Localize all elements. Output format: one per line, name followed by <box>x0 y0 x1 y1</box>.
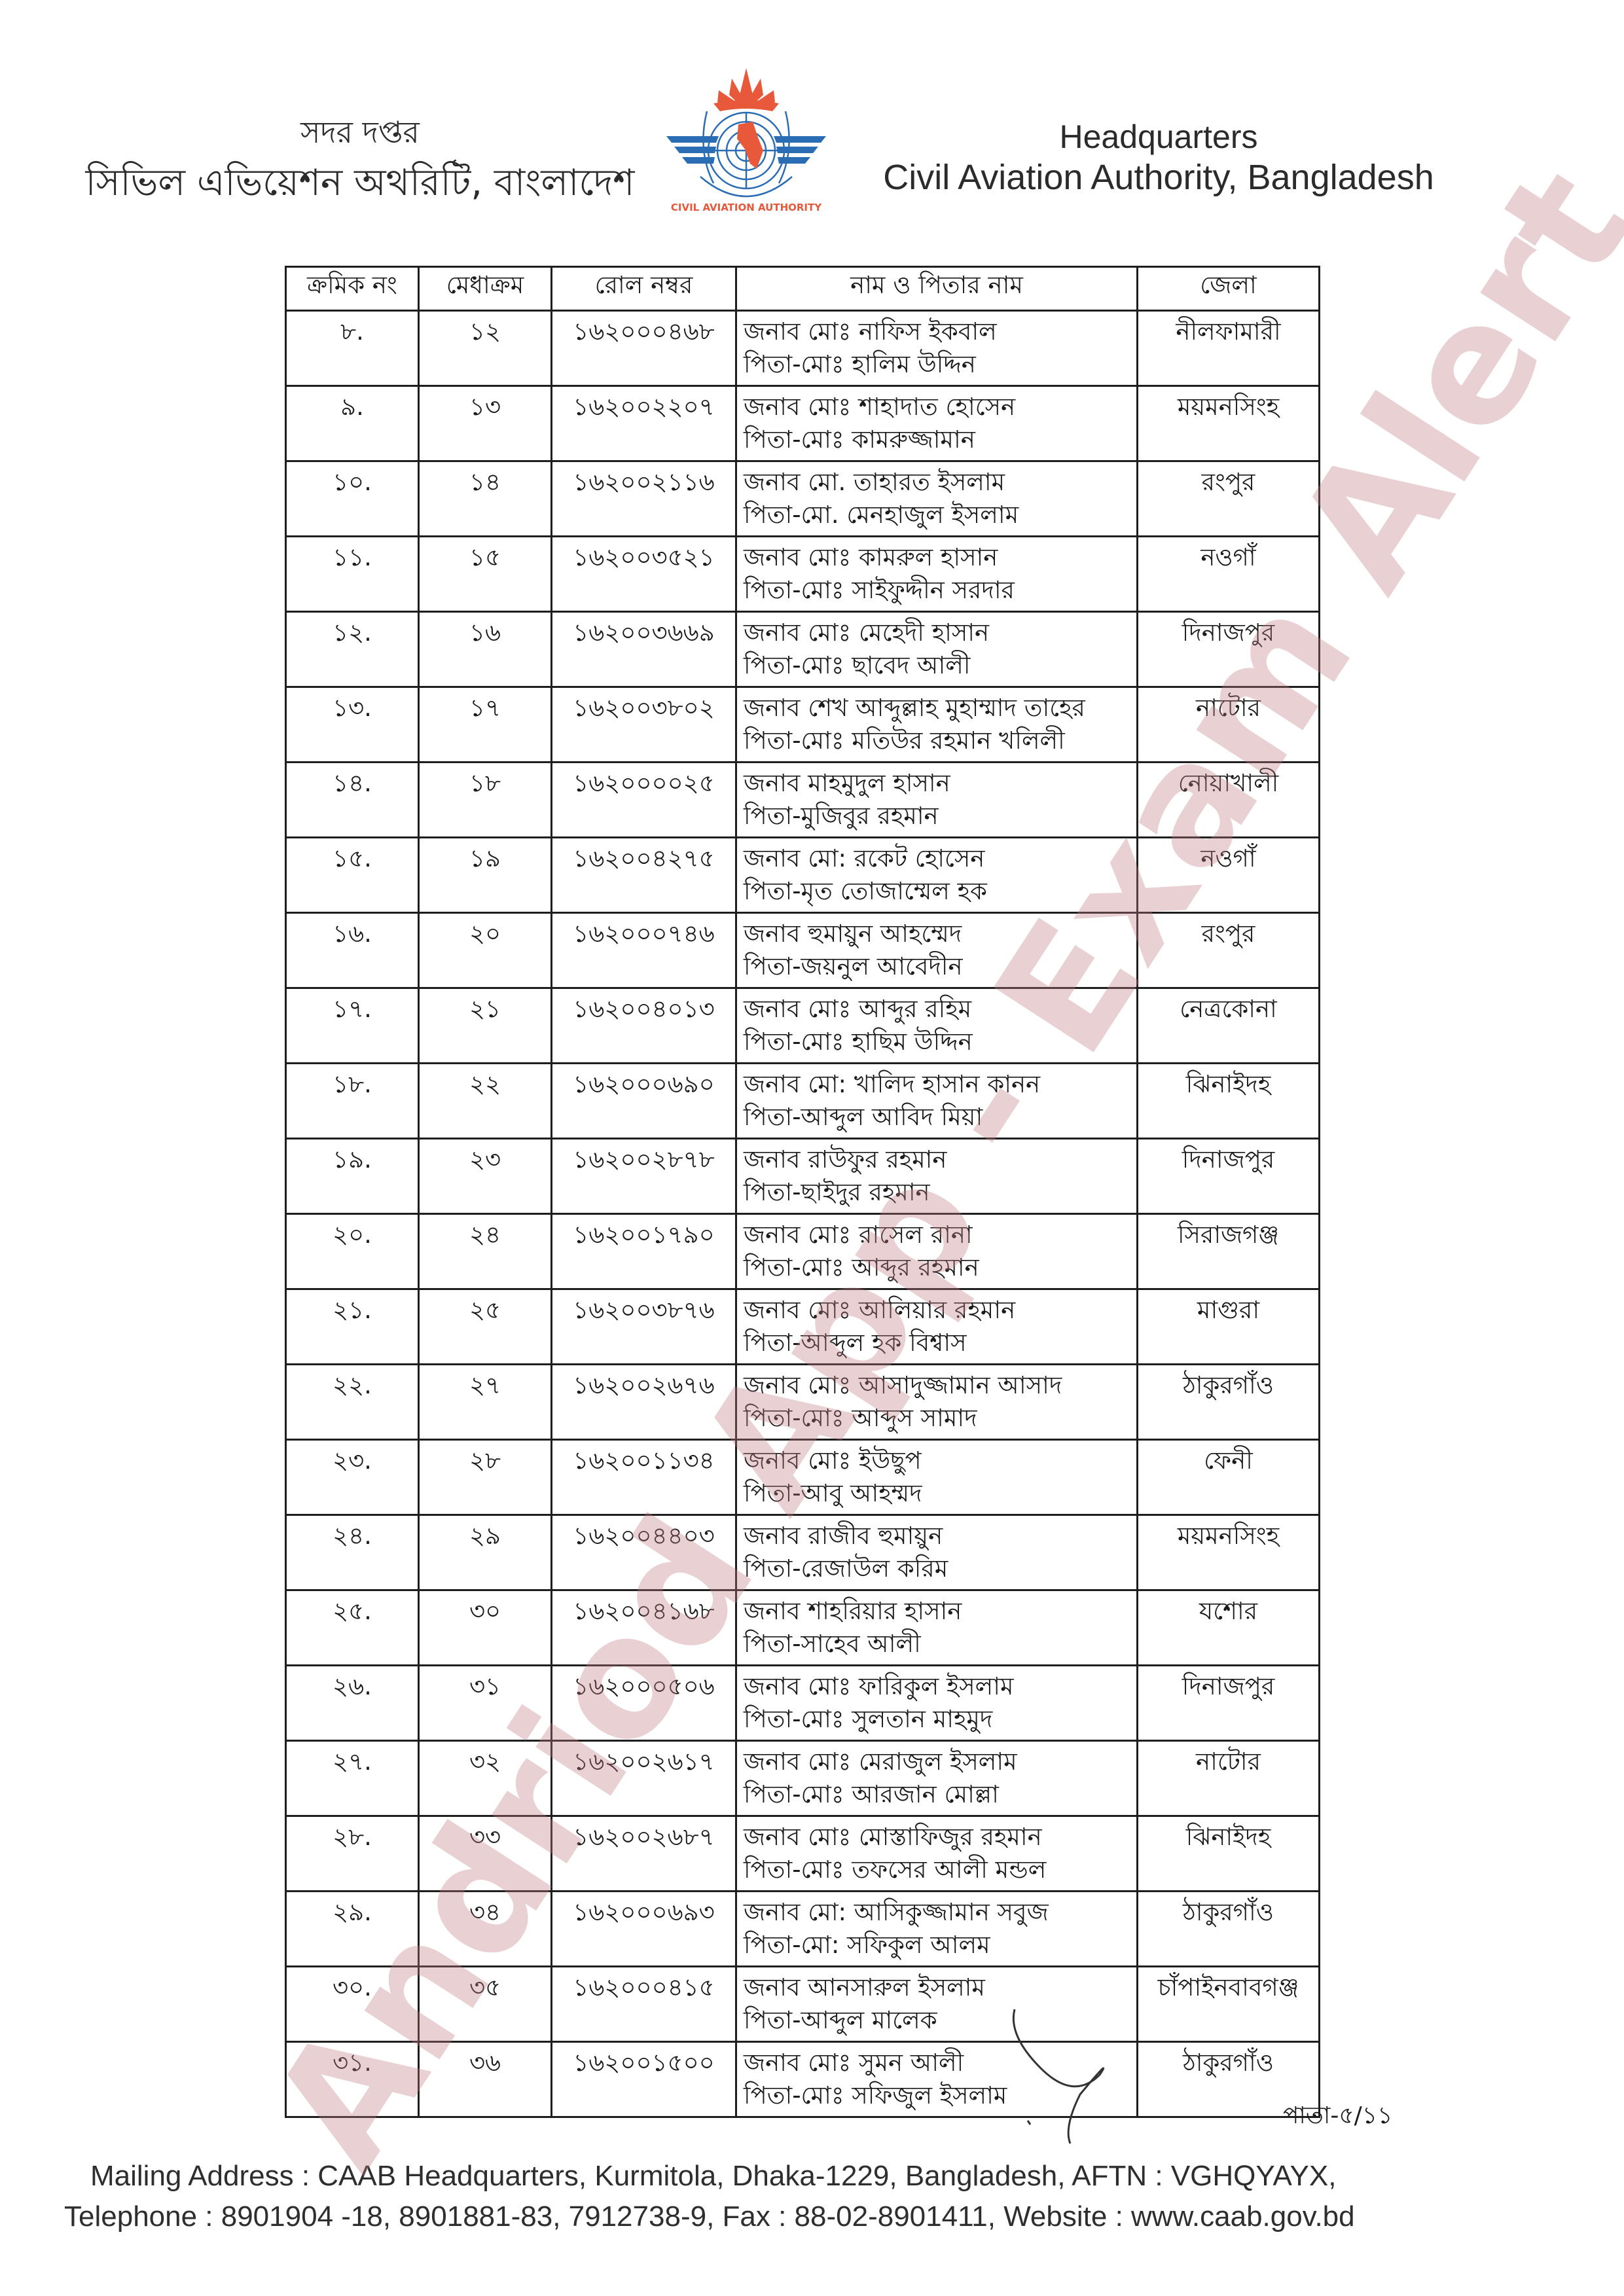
candidate-name: জনাব মোঃ মোস্তাফিজুর রহমান <box>744 1821 1130 1854</box>
roll-cell: ১৬২০০০৭৪৬ <box>552 913 736 988</box>
table-row: ২১.২৫১৬২০০৩৮৭৬জনাব মোঃ আলিয়ার রহমানপিতা… <box>286 1289 1320 1365</box>
roll-cell: ১৬২০০৪১৬৮ <box>552 1590 736 1666</box>
father-name: পিতা-আব্দুল আবিদ মিয়া <box>744 1101 1130 1134</box>
merit-cell: ১৬ <box>419 612 552 687</box>
district-cell: নওগাঁ <box>1138 838 1320 913</box>
serial-cell: ২৬. <box>286 1666 419 1741</box>
table-row: ৩০.৩৫১৬২০০০৪১৫জনাব আনসারুল ইসলামপিতা-আব্… <box>286 1967 1320 2042</box>
table-row: ১৮.২২১৬২০০০৬৯০জনাব মো: খালিদ হাসান কাননপ… <box>286 1064 1320 1139</box>
merit-cell: ৩৩ <box>419 1816 552 1892</box>
roll-cell: ১৬২০০১৫০০ <box>552 2042 736 2117</box>
district-cell: রংপুর <box>1138 913 1320 988</box>
merit-cell: ৩৫ <box>419 1967 552 2042</box>
district-cell: রংপুর <box>1138 461 1320 537</box>
roll-cell: ১৬২০০৪০১৩ <box>552 988 736 1064</box>
serial-cell: ২০. <box>286 1214 419 1289</box>
serial-cell: ২৩. <box>286 1440 419 1515</box>
merit-cell: ২২ <box>419 1064 552 1139</box>
name-cell: জনাব মো. তাহারত ইসলামপিতা-মো. মেনহাজুল ই… <box>736 461 1138 537</box>
column-header-merit: মেধাক্রম <box>419 267 552 311</box>
merit-cell: ২১ <box>419 988 552 1064</box>
merit-list-table: ক্রমিক নং মেধাক্রম রোল নম্বর নাম ও পিতার… <box>285 266 1320 2118</box>
roll-cell: ১৬২০০৩৫২১ <box>552 537 736 612</box>
svg-text:CIVIL AVIATION AUTHORITY: CIVIL AVIATION AUTHORITY <box>671 202 822 213</box>
name-cell: জনাব মো: খালিদ হাসান কাননপিতা-আব্দুল আবি… <box>736 1064 1138 1139</box>
table-row: ২০.২৪১৬২০০১৭৯০জনাব মোঃ রাসেল রানাপিতা-মো… <box>286 1214 1320 1289</box>
district-cell: নাটোর <box>1138 687 1320 762</box>
name-cell: জনাব মোঃ মোস্তাফিজুর রহমানপিতা-মোঃ তফসের… <box>736 1816 1138 1892</box>
table-row: ২৬.৩১১৬২০০০৫০৬জনাব মোঃ ফারিকুল ইসলামপিতা… <box>286 1666 1320 1741</box>
merit-cell: ২৭ <box>419 1365 552 1440</box>
signature-icon <box>1001 1996 1146 2147</box>
roll-cell: ১৬২০০১৭৯০ <box>552 1214 736 1289</box>
name-cell: জনাব মোঃ ফারিকুল ইসলামপিতা-মোঃ সুলতান মা… <box>736 1666 1138 1741</box>
header-bn-line2: সিভিল এভিয়েশন অথরিটি, বাংলাদেশ <box>65 154 655 216</box>
name-cell: জনাব মোঃ মেরাজুল ইসলামপিতা-মোঃ আরজান মোল… <box>736 1741 1138 1816</box>
name-cell: জনাব রাউফুর রহমানপিতা-ছাইদুর রহমান <box>736 1139 1138 1214</box>
father-name: পিতা-মো. মেনহাজুল ইসলাম <box>744 499 1130 531</box>
table-row: ২২.২৭১৬২০০২৬৭৬জনাব মোঃ আসাদুজ্জামান আসাদ… <box>286 1365 1320 1440</box>
name-cell: জনাব মোঃ আব্দুর রহিমপিতা-মোঃ হাছিম উদ্দি… <box>736 988 1138 1064</box>
father-name: পিতা-মোঃ ছাবেদ আলী <box>744 649 1130 682</box>
header-bn-line1: সদর দপ্তর <box>65 110 655 160</box>
district-cell: ঠাকুরগাঁও <box>1138 1365 1320 1440</box>
name-cell: জনাব রাজীব হুমায়ুনপিতা-রেজাউল করিম <box>736 1515 1138 1590</box>
district-cell: ময়মনসিংহ <box>1138 386 1320 461</box>
table-row: ২৫.৩০১৬২০০৪১৬৮জনাব শাহরিয়ার হাসানপিতা-স… <box>286 1590 1320 1666</box>
merit-cell: ২৫ <box>419 1289 552 1365</box>
district-cell: দিনাজপুর <box>1138 1139 1320 1214</box>
district-cell: মাগুরা <box>1138 1289 1320 1365</box>
father-name: পিতা-মোঃ হালিম উদ্দিন <box>744 348 1130 381</box>
name-cell: জনাব মোঃ আলিয়ার রহমানপিতা-আব্দুল হক বিশ… <box>736 1289 1138 1365</box>
district-cell: নীলফামারী <box>1138 311 1320 386</box>
roll-cell: ১৬২০০০৪৬৮ <box>552 311 736 386</box>
merit-cell: ৩২ <box>419 1741 552 1816</box>
candidate-name: জনাব মোঃ ইউছুপ <box>744 1444 1130 1477</box>
candidate-name: জনাব মোঃ কামরুল হাসান <box>744 541 1130 574</box>
father-name: পিতা-মোঃ কামরুজ্জামান <box>744 423 1130 456</box>
district-cell: দিনাজপুর <box>1138 1666 1320 1741</box>
serial-cell: ১০. <box>286 461 419 537</box>
column-header-serial: ক্রমিক নং <box>286 267 419 311</box>
district-cell: ঝিনাইদহ <box>1138 1064 1320 1139</box>
serial-cell: ২২. <box>286 1365 419 1440</box>
district-cell: দিনাজপুর <box>1138 612 1320 687</box>
father-name: পিতা-মোঃ আব্দুর রহমান <box>744 1251 1130 1284</box>
footer-address: Mailing Address : CAAB Headquarters, Kur… <box>0 2160 1624 2193</box>
serial-cell: ১৯. <box>286 1139 419 1214</box>
candidate-name: জনাব মো: খালিদ হাসান কানন <box>744 1068 1130 1101</box>
roll-cell: ১৬২০০১১৩৪ <box>552 1440 736 1515</box>
serial-cell: ১৮. <box>286 1064 419 1139</box>
serial-cell: ২৪. <box>286 1515 419 1590</box>
serial-cell: ২৮. <box>286 1816 419 1892</box>
header-en-line1: Headquarters <box>864 118 1453 156</box>
serial-cell: ৯. <box>286 386 419 461</box>
district-cell: ঠাকুরগাঁও <box>1138 1892 1320 1967</box>
roll-cell: ১৬২০০২২০৭ <box>552 386 736 461</box>
candidate-name: জনাব মো: আসিকুজ্জামান সবুজ <box>744 1896 1130 1929</box>
district-cell: নোয়াখালী <box>1138 762 1320 838</box>
roll-cell: ১৬২০০০৫০৬ <box>552 1666 736 1741</box>
district-cell: নেত্রকোনা <box>1138 988 1320 1064</box>
merit-cell: ১৫ <box>419 537 552 612</box>
table-row: ১৬.২০১৬২০০০৭৪৬জনাব হুমায়ুন আহম্মেদপিতা-… <box>286 913 1320 988</box>
name-cell: জনাব শাহরিয়ার হাসানপিতা-সাহেব আলী <box>736 1590 1138 1666</box>
table-row: ২৯.৩৪১৬২০০০৬৯৩জনাব মো: আসিকুজ্জামান সবুজ… <box>286 1892 1320 1967</box>
father-name: পিতা-আব্দুল হক বিশ্বাস <box>744 1327 1130 1359</box>
table-row: ৩১.৩৬১৬২০০১৫০০জনাব মোঃ সুমন আলীপিতা-মোঃ … <box>286 2042 1320 2117</box>
column-header-district: জেলা <box>1138 267 1320 311</box>
roll-cell: ১৬২০০২৬১৭ <box>552 1741 736 1816</box>
serial-cell: ১৪. <box>286 762 419 838</box>
name-cell: জনাব মো: রকেট হোসেনপিতা-মৃত তোজাম্মেল হক <box>736 838 1138 913</box>
merit-cell: ২৯ <box>419 1515 552 1590</box>
candidate-name: জনাব মোঃ রাসেল রানা <box>744 1219 1130 1251</box>
table-row: ১০.১৪১৬২০০২১১৬জনাব মো. তাহারত ইসলামপিতা-… <box>286 461 1320 537</box>
serial-cell: ১৭. <box>286 988 419 1064</box>
father-name: পিতা-সাহেব আলী <box>744 1628 1130 1660</box>
candidate-name: জনাব মাহমুদুল হাসান <box>744 767 1130 800</box>
serial-cell: ১৩. <box>286 687 419 762</box>
candidate-name: জনাব শাহরিয়ার হাসান <box>744 1595 1130 1628</box>
serial-cell: ৩০. <box>286 1967 419 2042</box>
candidate-name: জনাব রাজীব হুমায়ুন <box>744 1520 1130 1552</box>
district-cell: নওগাঁ <box>1138 537 1320 612</box>
table-row: ১৭.২১১৬২০০৪০১৩জনাব মোঃ আব্দুর রহিমপিতা-ম… <box>286 988 1320 1064</box>
roll-cell: ১৬২০০০৪১৫ <box>552 1967 736 2042</box>
serial-cell: ১২. <box>286 612 419 687</box>
caab-emblem-icon: CIVIL AVIATION AUTHORITY <box>661 65 831 223</box>
serial-cell: ২৭. <box>286 1741 419 1816</box>
district-cell: ফেনী <box>1138 1440 1320 1515</box>
candidate-name: জনাব রাউফুর রহমান <box>744 1143 1130 1176</box>
table-row: ৮.১২১৬২০০০৪৬৮জনাব মোঃ নাফিস ইকবালপিতা-মো… <box>286 311 1320 386</box>
merit-cell: ২০ <box>419 913 552 988</box>
merit-cell: ৩১ <box>419 1666 552 1741</box>
serial-cell: ২১. <box>286 1289 419 1365</box>
father-name: পিতা-মোঃ মতিউর রহমান খলিলী <box>744 725 1130 757</box>
name-cell: জনাব মাহমুদুল হাসানপিতা-মুজিবুর রহমান <box>736 762 1138 838</box>
merit-cell: ১৩ <box>419 386 552 461</box>
district-cell: চাঁপাইনবাবগঞ্জ <box>1138 1967 1320 2042</box>
serial-cell: ৮. <box>286 311 419 386</box>
table-row: ২৩.২৮১৬২০০১১৩৪জনাব মোঃ ইউছুপপিতা-আবু আহম… <box>286 1440 1320 1515</box>
name-cell: জনাব মোঃ ইউছুপপিতা-আবু আহম্মদ <box>736 1440 1138 1515</box>
candidate-name: জনাব মোঃ মেরাজুল ইসলাম <box>744 1746 1130 1778</box>
candidate-name: জনাব মোঃ মেহেদী হাসান <box>744 617 1130 649</box>
merit-cell: ২৩ <box>419 1139 552 1214</box>
district-cell: ময়মনসিংহ <box>1138 1515 1320 1590</box>
father-name: পিতা-মুজিবুর রহমান <box>744 800 1130 833</box>
name-cell: জনাব মো: আসিকুজ্জামান সবুজপিতা-মো: সফিকু… <box>736 1892 1138 1967</box>
candidate-name: জনাব মো. তাহারত ইসলাম <box>744 466 1130 499</box>
roll-cell: ১৬২০০৩৮০২ <box>552 687 736 762</box>
candidate-name: জনাব মোঃ শাহাদাত হোসেন <box>744 391 1130 423</box>
merit-cell: ২৪ <box>419 1214 552 1289</box>
header-en-line2: Civil Aviation Authority, Bangladesh <box>864 157 1453 198</box>
name-cell: জনাব মোঃ শাহাদাত হোসেনপিতা-মোঃ কামরুজ্জা… <box>736 386 1138 461</box>
table-row: ১৯.২৩১৬২০০২৮৭৮জনাব রাউফুর রহমানপিতা-ছাইদ… <box>286 1139 1320 1214</box>
name-cell: জনাব মোঃ নাফিস ইকবালপিতা-মোঃ হালিম উদ্দি… <box>736 311 1138 386</box>
serial-cell: ১৫. <box>286 838 419 913</box>
candidate-name: জনাব হুমায়ুন আহম্মেদ <box>744 918 1130 950</box>
column-header-name: নাম ও পিতার নাম <box>736 267 1138 311</box>
father-name: পিতা-মোঃ আরজান মোল্লা <box>744 1778 1130 1811</box>
father-name: পিতা-মৃত তোজাম্মেল হক <box>744 875 1130 908</box>
merit-cell: ১৪ <box>419 461 552 537</box>
district-cell: নাটোর <box>1138 1741 1320 1816</box>
father-name: পিতা-মোঃ হাছিম উদ্দিন <box>744 1026 1130 1058</box>
table-row: ২৭.৩২১৬২০০২৬১৭জনাব মোঃ মেরাজুল ইসলামপিতা… <box>286 1741 1320 1816</box>
merit-cell: ১২ <box>419 311 552 386</box>
roll-cell: ১৬২০০০০২৫ <box>552 762 736 838</box>
father-name: পিতা-মোঃ সাইফুদ্দীন সরদার <box>744 574 1130 607</box>
father-name: পিতা-ছাইদুর রহমান <box>744 1176 1130 1209</box>
candidate-name: জনাব মোঃ আসাদুজ্জামান আসাদ <box>744 1369 1130 1402</box>
table-row: ২৪.২৯১৬২০০৪৪০৩জনাব রাজীব হুমায়ুনপিতা-রে… <box>286 1515 1320 1590</box>
roll-cell: ১৬২০০৩৮৭৬ <box>552 1289 736 1365</box>
merit-cell: ৩০ <box>419 1590 552 1666</box>
table-row: ১৩.১৭১৬২০০৩৮০২জনাব শেখ আব্দুল্লাহ মুহাম্… <box>286 687 1320 762</box>
candidate-name: জনাব মোঃ নাফিস ইকবাল <box>744 315 1130 348</box>
father-name: পিতা-জয়নুল আবেদীন <box>744 950 1130 983</box>
serial-cell: ৩১. <box>286 2042 419 2117</box>
name-cell: জনাব মোঃ রাসেল রানাপিতা-মোঃ আব্দুর রহমান <box>736 1214 1138 1289</box>
merit-cell: ৩৪ <box>419 1892 552 1967</box>
roll-cell: ১৬২০০৪২৭৫ <box>552 838 736 913</box>
merit-cell: ১৮ <box>419 762 552 838</box>
serial-cell: ২৯. <box>286 1892 419 1967</box>
district-cell: যশোর <box>1138 1590 1320 1666</box>
name-cell: জনাব মোঃ আসাদুজ্জামান আসাদপিতা-মোঃ আব্দু… <box>736 1365 1138 1440</box>
father-name: পিতা-মো: সফিকুল আলম <box>744 1929 1130 1962</box>
table-row: ১১.১৫১৬২০০৩৫২১জনাব মোঃ কামরুল হাসানপিতা-… <box>286 537 1320 612</box>
father-name: পিতা-রেজাউল করিম <box>744 1552 1130 1585</box>
roll-cell: ১৬২০০০৬৯০ <box>552 1064 736 1139</box>
merit-cell: ৩৬ <box>419 2042 552 2117</box>
table-header-row: ক্রমিক নং মেধাক্রম রোল নম্বর নাম ও পিতার… <box>286 267 1320 311</box>
father-name: পিতা-মোঃ সুলতান মাহমুদ <box>744 1703 1130 1736</box>
roll-cell: ১৬২০০২৮৭৮ <box>552 1139 736 1214</box>
district-cell: ঝিনাইদহ <box>1138 1816 1320 1892</box>
serial-cell: ১১. <box>286 537 419 612</box>
roll-cell: ১৬২০০৪৪০৩ <box>552 1515 736 1590</box>
name-cell: জনাব মোঃ মেহেদী হাসানপিতা-মোঃ ছাবেদ আলী <box>736 612 1138 687</box>
table-row: ১৪.১৮১৬২০০০০২৫জনাব মাহমুদুল হাসানপিতা-মু… <box>286 762 1320 838</box>
name-cell: জনাব হুমায়ুন আহম্মেদপিতা-জয়নুল আবেদীন <box>736 913 1138 988</box>
name-cell: জনাব শেখ আব্দুল্লাহ মুহাম্মাদ তাহেরপিতা-… <box>736 687 1138 762</box>
column-header-roll: রোল নম্বর <box>552 267 736 311</box>
candidate-name: জনাব মোঃ ফারিকুল ইসলাম <box>744 1670 1130 1703</box>
candidate-name: জনাব শেখ আব্দুল্লাহ মুহাম্মাদ তাহের <box>744 692 1130 725</box>
serial-cell: ২৫. <box>286 1590 419 1666</box>
table-row: ৯.১৩১৬২০০২২০৭জনাব মোঃ শাহাদাত হোসেনপিতা-… <box>286 386 1320 461</box>
candidate-name: জনাব মো: রকেট হোসেন <box>744 842 1130 875</box>
table-row: ১২.১৬১৬২০০৩৬৬৯জনাব মোঃ মেহেদী হাসানপিতা-… <box>286 612 1320 687</box>
district-cell: সিরাজগঞ্জ <box>1138 1214 1320 1289</box>
candidate-name: জনাব মোঃ আব্দুর রহিম <box>744 993 1130 1026</box>
roll-cell: ১৬২০০০৬৯৩ <box>552 1892 736 1967</box>
merit-cell: ২৮ <box>419 1440 552 1515</box>
candidate-name: জনাব মোঃ আলিয়ার রহমান <box>744 1294 1130 1327</box>
merit-cell: ১৭ <box>419 687 552 762</box>
table-row: ২৮.৩৩১৬২০০২৬৮৭জনাব মোঃ মোস্তাফিজুর রহমান… <box>286 1816 1320 1892</box>
father-name: পিতা-মোঃ আব্দুস সামাদ <box>744 1402 1130 1435</box>
serial-cell: ১৬. <box>286 913 419 988</box>
father-name: পিতা-মোঃ তফসের আলী মন্ডল <box>744 1854 1130 1886</box>
table-row: ১৫.১৯১৬২০০৪২৭৫জনাব মো: রকেট হোসেনপিতা-মৃ… <box>286 838 1320 913</box>
name-cell: জনাব মোঃ কামরুল হাসানপিতা-মোঃ সাইফুদ্দীন… <box>736 537 1138 612</box>
merit-cell: ১৯ <box>419 838 552 913</box>
roll-cell: ১৬২০০২৬৮৭ <box>552 1816 736 1892</box>
father-name: পিতা-আবু আহম্মদ <box>744 1477 1130 1510</box>
district-cell: ঠাকুরগাঁও <box>1138 2042 1320 2117</box>
roll-cell: ১৬২০০২৬৭৬ <box>552 1365 736 1440</box>
roll-cell: ১৬২০০৩৬৬৯ <box>552 612 736 687</box>
roll-cell: ১৬২০০২১১৬ <box>552 461 736 537</box>
footer-contact: Telephone : 8901904 -18, 8901881-83, 791… <box>0 2200 1624 2233</box>
